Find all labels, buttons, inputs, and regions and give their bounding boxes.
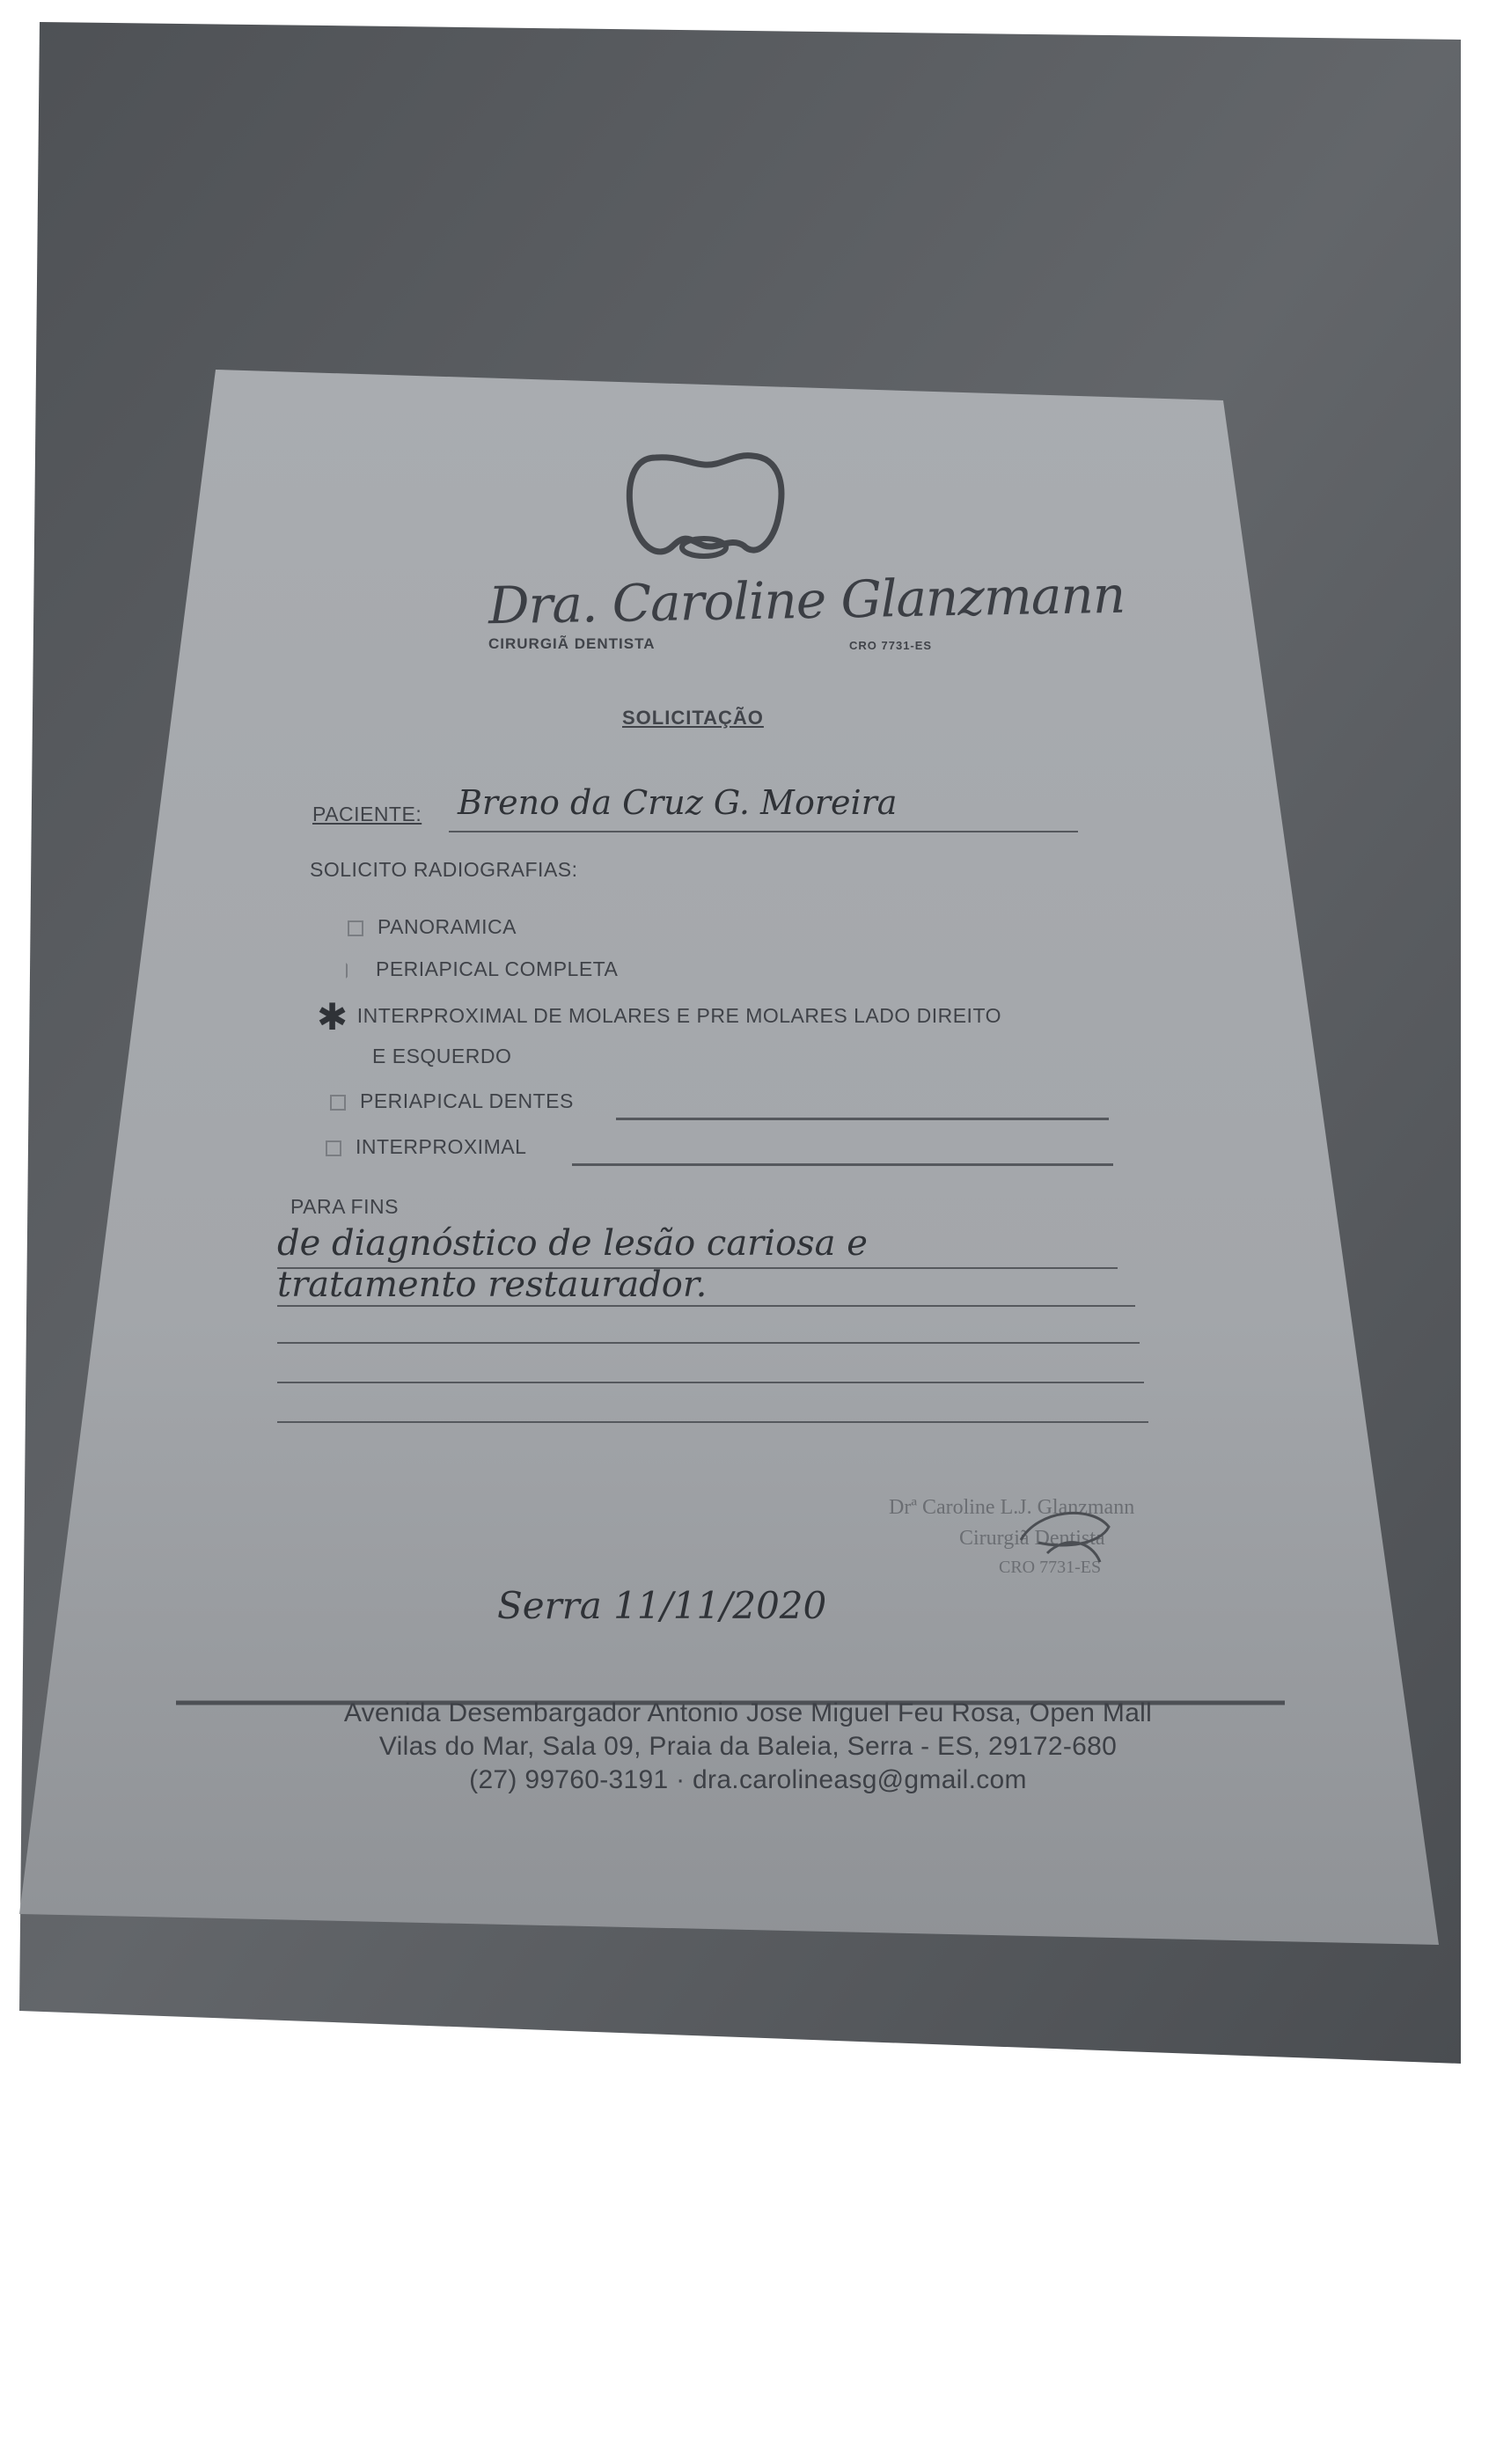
purpose-line-1: de diagnóstico de lesão cariosa e — [277, 1223, 868, 1264]
option-interproximal: INTERPROXIMAL — [326, 1135, 526, 1159]
option-interproximal-molares-cont: E ESQUERDO — [372, 1045, 511, 1068]
form-title: SOLICITAÇÃO — [622, 707, 764, 730]
purpose-line-2: tratamento restaurador. — [277, 1265, 707, 1305]
option-periapical-completa: PERIAPICAL COMPLETA — [346, 957, 618, 981]
patient-line — [449, 831, 1078, 832]
request-label: SOLICITO RADIOGRAFIAS: — [310, 858, 578, 882]
place-date: Serra 11/11/2020 — [497, 1584, 826, 1627]
form-sheet: Dra. Caroline Glanzmann CIRURGIÃ DENTIST… — [0, 0, 1496, 2464]
patient-name: Breno da Cruz G. Moreira — [458, 783, 897, 822]
practitioner-name: Dra. Caroline Glanzmann — [488, 565, 1125, 636]
footer-address-2: Vilas do Mar, Sala 09, Praia da Baleia, … — [255, 1732, 1241, 1762]
checkbox-icon — [330, 1095, 346, 1111]
interproximal-blank — [572, 1163, 1113, 1166]
purpose-rule-5 — [277, 1421, 1148, 1423]
periapical-dentes-blank — [616, 1118, 1109, 1120]
footer-address-1: Avenida Desembargador Antonio Jose Migue… — [255, 1698, 1241, 1728]
option-periapical-dentes: PERIAPICAL DENTES — [330, 1089, 574, 1113]
signature-scribble — [1012, 1500, 1118, 1571]
registration-label: CRO 7731-ES — [849, 639, 932, 652]
purpose-rule-4 — [277, 1382, 1144, 1383]
purpose-rule-3 — [277, 1342, 1140, 1344]
purpose-label: PARA FINS — [290, 1195, 399, 1219]
profession-label: CIRURGIÃ DENTISTA — [488, 635, 656, 653]
asterisk-check-icon: ✱ — [317, 996, 348, 1038]
checkbox-icon — [346, 963, 362, 979]
purpose-rule-2 — [277, 1305, 1135, 1307]
tooth-icon — [620, 440, 788, 572]
patient-label: PACIENTE: — [312, 803, 422, 826]
option-panoramica: PANORAMICA — [348, 915, 517, 939]
option-interproximal-molares: ✱INTERPROXIMAL DE MOLARES E PRE MOLARES … — [317, 999, 1001, 1036]
checkbox-icon — [348, 920, 363, 936]
footer-contact: (27) 99760-3191 · dra.carolineasg@gmail.… — [255, 1765, 1241, 1795]
checkbox-icon — [326, 1140, 341, 1156]
